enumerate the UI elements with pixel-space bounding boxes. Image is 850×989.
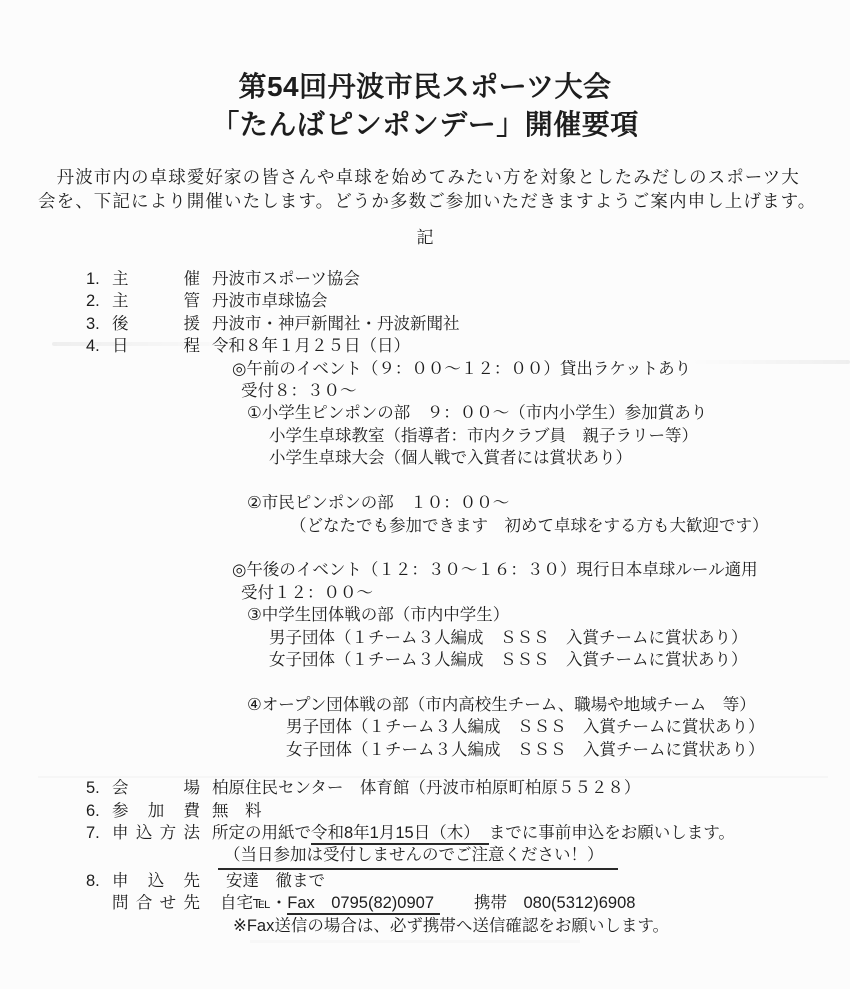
agenda-list: 1. 主催 丹波市スポーツ協会 2. 主管 丹波市卓球協会 3. 後援 丹波市・… xyxy=(0,268,850,761)
record-marker: 記 xyxy=(0,226,850,249)
application-prefix: 所定の用紙で xyxy=(212,824,311,842)
list-item-fee: 6. 参加費 無 料 xyxy=(0,800,850,822)
item-number: 7. xyxy=(86,822,112,844)
list-item-management: 2. 主管 丹波市卓球協会 xyxy=(0,290,850,312)
schedule-line-jh-boys: 男子団体（１チーム３人編成 ＳＳＳ 入賞チームに賞状あり） xyxy=(269,627,850,649)
intro-paragraph: 丹波市内の卓球愛好家の皆さんや卓球を始めてみたい方を対象としたみだしのスポーツ大… xyxy=(38,166,826,213)
list-item-application: 7. 申込方法 所定の用紙で令和8年1月15日（木）までに事前申込をお願いします… xyxy=(0,822,850,844)
intro-line-2: 会を、下記により開催いたします。どうか多数ご参加いただきますようご案内申し上げま… xyxy=(38,190,826,214)
item-number: 8. xyxy=(86,870,112,892)
scan-streak xyxy=(250,940,580,943)
schedule-line-kids-class: 小学生卓球教室（指導者：市内クラブ員 親子ラリー等） xyxy=(269,425,850,447)
phone-line: 自宅℡・Fax 0795(82)0907携帯 080(5312)6908 xyxy=(212,892,635,914)
schedule-line-citizen: ②市民ピンポンの部 １０：００～ xyxy=(247,492,850,514)
item-number: 6. xyxy=(86,800,112,822)
item-value: 無 料 xyxy=(212,800,262,822)
item-number: 3. xyxy=(86,313,112,335)
title-line-2: 「たんばピンポンデー」開催要項 xyxy=(0,106,850,144)
schedule-line-afternoon: ◎午後のイベント（１２：３０～１６：３０）現行日本卓球ルール適用 xyxy=(232,559,850,581)
item-value: 柏原住民センター 体育館（丹波市柏原町柏原５５２８） xyxy=(212,777,640,799)
schedule-line-open-team: ④オープン団体戦の部（市内高校生チーム、職場や地域チーム 等） xyxy=(247,694,850,716)
item-value: 丹波市スポーツ協会 xyxy=(212,268,360,290)
item-value: 所定の用紙で令和8年1月15日（木）までに事前申込をお願いします。 xyxy=(212,822,735,844)
list-item-venue: 5. 会場 柏原住民センター 体育館（丹波市柏原町柏原５５２８） xyxy=(0,777,850,799)
schedule-line-open-boys: 男子団体（１チーム３人編成 ＳＳＳ 入賞チームに賞状あり） xyxy=(286,716,850,738)
item-label: 問合せ先 xyxy=(112,892,200,914)
item-number: 1. xyxy=(86,268,112,290)
document-title: 第54回丹波市民スポーツ大会 「たんばピンポンデー」開催要項 xyxy=(0,68,850,144)
schedule-line-citizen-note: （どなたでも参加できます 初めて卓球をする方も大歓迎です） xyxy=(290,515,850,537)
mobile-number: 携帯 080(5312)6908 xyxy=(474,894,635,912)
intro-line-1: 丹波市内の卓球愛好家の皆さんや卓球を始めてみたい方を対象としたみだしのスポーツ大 xyxy=(38,166,826,190)
fax-note: ※Fax送信の場合は、必ず携帯へ送信確認をお願いします。 xyxy=(212,915,669,937)
item-label: 申込先 xyxy=(112,870,200,892)
list-item-contact: 8. 申込先 安達 徹まで xyxy=(0,870,850,892)
item-label: 後援 xyxy=(112,313,200,335)
schedule-line-jh-girls: 女子団体（１チーム３人編成 ＳＳＳ 入賞チームに賞状あり） xyxy=(269,649,850,671)
item-label: 主催 xyxy=(112,268,200,290)
schedule-line-kids-tourney: 小学生卓球大会（個人戦で入賞者には賞状あり） xyxy=(269,447,850,469)
schedule-line-morning-event: ◎午前のイベント（９：００～１２：００）貸出ラケットあり xyxy=(232,358,850,380)
item-value: 丹波市卓球協会 xyxy=(212,290,328,312)
item-label: 日程 xyxy=(112,335,200,357)
document-page: 第54回丹波市民スポーツ大会 「たんばピンポンデー」開催要項 丹波市内の卓球愛好… xyxy=(0,0,850,989)
item-number: 4. xyxy=(86,335,112,357)
schedule-line-reception-am: 受付８：３０～ xyxy=(241,380,850,402)
schedule-line-reception-pm: 受付１２：００～ xyxy=(241,582,850,604)
item-label: 主管 xyxy=(112,290,200,312)
title-line-1: 第54回丹波市民スポーツ大会 xyxy=(0,68,850,106)
contact-fax-note-row: ※Fax送信の場合は、必ず携帯へ送信確認をお願いします。 xyxy=(0,915,850,937)
contact-name: 安達 徹まで xyxy=(212,870,325,892)
schedule-line-juniorhigh: ③中学生団体戦の部（市内中学生） xyxy=(247,604,850,626)
agenda-list-bottom: 5. 会場 柏原住民センター 体育館（丹波市柏原町柏原５５２８） 6. 参加費 … xyxy=(0,777,850,937)
item-label: 申込方法 xyxy=(112,822,200,844)
application-warning: （当日参加は受付しませんのでご注意ください！） xyxy=(218,844,618,869)
item-label: 参加費 xyxy=(112,800,200,822)
home-tel-prefix: 自宅℡・ xyxy=(220,894,287,912)
item-number: 2. xyxy=(86,290,112,312)
contact-phone-row: 問合せ先 自宅℡・Fax 0795(82)0907携帯 080(5312)690… xyxy=(0,892,850,914)
item-number: 5. xyxy=(86,777,112,799)
list-item-schedule: 4. 日程 令和８年１月２５日（日） xyxy=(0,335,850,357)
item-value: 令和８年１月２５日（日） xyxy=(212,335,410,357)
application-deadline: 令和8年1月15日（木） xyxy=(311,824,489,845)
schedule-details: ◎午前のイベント（９：００～１２：００）貸出ラケットあり 受付８：３０～ ①小学… xyxy=(0,358,850,762)
schedule-line-kids-pingpong: ①小学生ピンポンの部 ９：００～（市内小学生）参加賞あり xyxy=(247,402,850,424)
item-label: 会場 xyxy=(112,777,200,799)
application-warning-row: （当日参加は受付しませんのでご注意ください！） xyxy=(0,844,850,869)
schedule-line-open-girls: 女子団体（１チーム３人編成 ＳＳＳ 入賞チームに賞状あり） xyxy=(286,739,850,761)
list-item-sponsor: 1. 主催 丹波市スポーツ協会 xyxy=(0,268,850,290)
application-suffix: までに事前申込をお願いします。 xyxy=(489,824,735,842)
list-item-support: 3. 後援 丹波市・神戸新聞社・丹波新聞社 xyxy=(0,313,850,335)
item-value: 丹波市・神戸新聞社・丹波新聞社 xyxy=(212,313,460,335)
fax-number: Fax 0795(82)0907 xyxy=(287,894,440,915)
